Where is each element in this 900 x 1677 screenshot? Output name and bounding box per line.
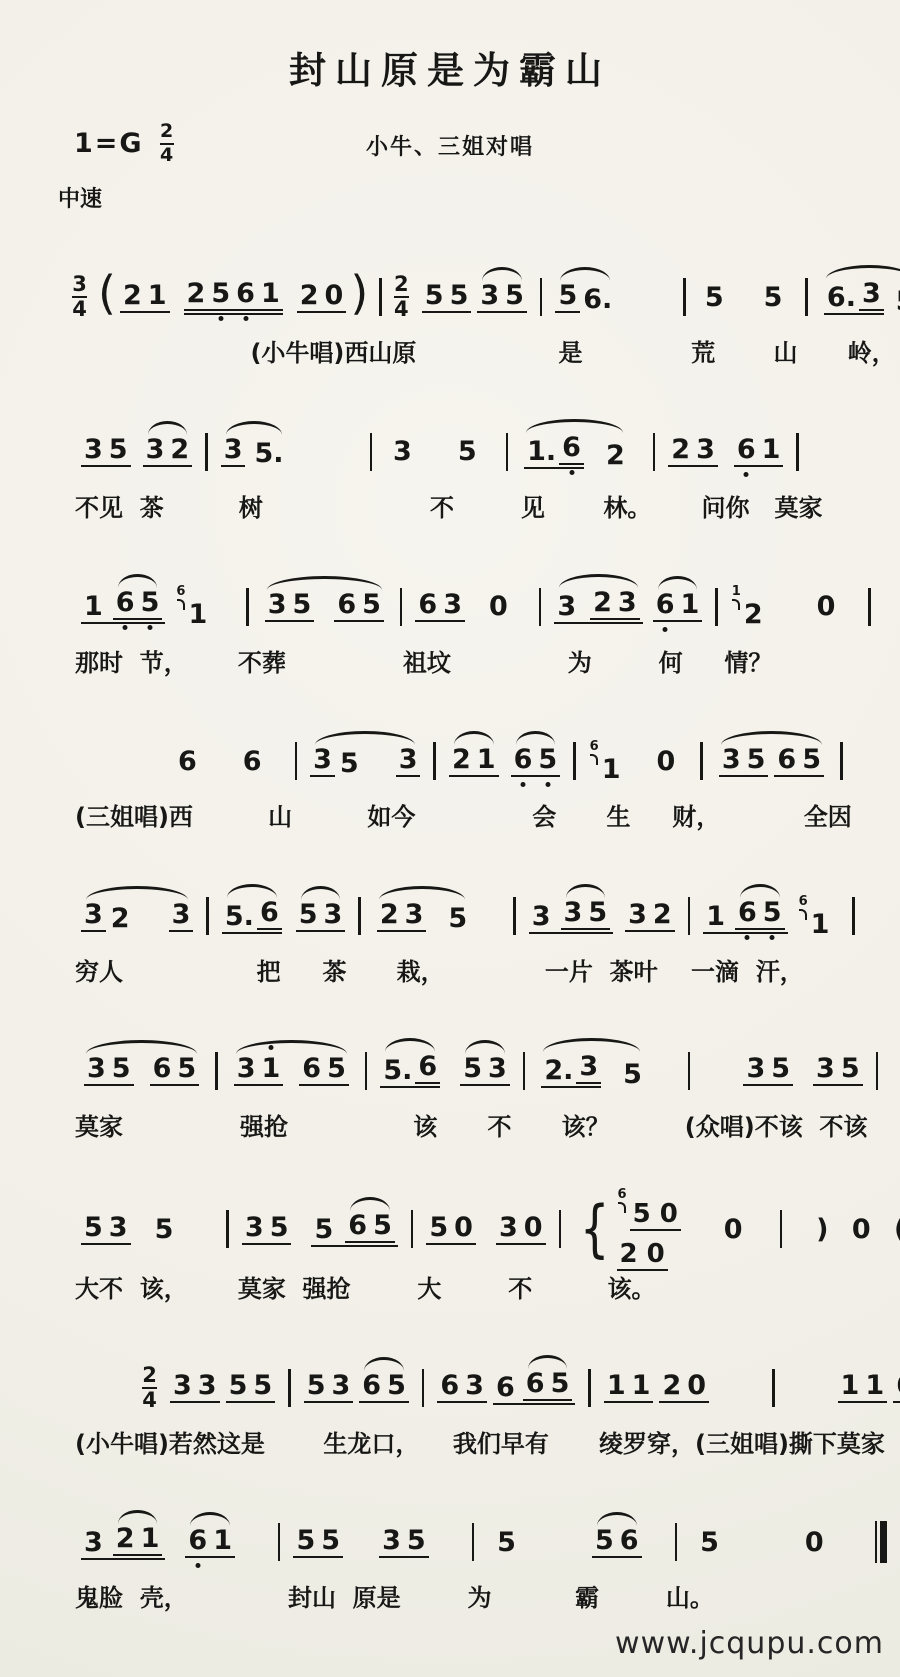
note-digit: 1: [706, 903, 725, 930]
note-group: 65: [523, 1370, 573, 1401]
grace-note: 6: [618, 1188, 627, 1213]
note-digit: 6: [738, 899, 757, 926]
note: 2: [590, 589, 615, 616]
note: 6.: [824, 284, 859, 311]
spacer: [712, 1387, 762, 1388]
note: 5: [592, 1527, 617, 1554]
barline: [852, 897, 855, 935]
note-digit: 5: [595, 1527, 614, 1554]
beam-group: 3165: [231, 1055, 352, 1086]
chord-voices: 65 02 0: [617, 1188, 681, 1271]
note: 3: [328, 1372, 353, 1399]
octave-dot-low: [147, 625, 152, 630]
note: 6: [175, 748, 200, 775]
note-group: 2.3: [541, 1053, 601, 1088]
note-digit: 1: [188, 601, 207, 628]
spacer: [646, 606, 650, 607]
beam-group: 33: [170, 1372, 220, 1403]
note-group: 61: [893, 1372, 900, 1403]
note-group: 165: [81, 589, 165, 624]
spacer: [106, 1555, 110, 1556]
score-body: 34(21256120)24553556.556.35 (小牛唱)西山原 是 荒…: [30, 259, 870, 1613]
note-digit: 1: [148, 282, 167, 309]
note-digit: 6: [188, 1527, 207, 1554]
note-digit: 2: [111, 905, 130, 932]
barline: [876, 1052, 879, 1090]
beam-group: 23: [590, 589, 640, 620]
octave-dot-low: [744, 472, 749, 477]
note: 2: [108, 905, 133, 932]
note: 2: [603, 442, 628, 469]
barline: [433, 742, 436, 780]
note-group: 35: [265, 591, 315, 622]
note: 3: [485, 1055, 510, 1082]
note: 5: [548, 1370, 573, 1397]
time-signature-header: 24: [160, 122, 174, 165]
beam-group: 61: [734, 436, 784, 467]
beam-group: 65: [511, 746, 561, 777]
note-digit: 5: [307, 1372, 326, 1399]
song-title: 封山原是为霸山: [30, 40, 870, 94]
note: 0: [486, 593, 511, 620]
note-digit: 5: [505, 282, 524, 309]
note-group: 1.62: [521, 434, 628, 469]
lyrics-line: 大不 该， 莫家 强抢 大 不 该。: [30, 1275, 860, 1304]
beam-group: 53: [81, 1214, 131, 1245]
note: 3: [576, 1053, 601, 1084]
note-group: 235: [374, 901, 470, 932]
note: 1: [703, 903, 728, 930]
note-digit: 6: [236, 280, 255, 307]
note: 5: [304, 1372, 329, 1399]
beam-group: 55: [226, 1372, 276, 1403]
beam-group: 3565: [81, 1055, 202, 1086]
note-digit: 6: [337, 591, 356, 618]
note-digit: 6: [178, 748, 197, 775]
note: 3: [321, 901, 346, 928]
note: 3: [440, 591, 465, 618]
note: 6: [299, 1055, 324, 1082]
beam-group: 665: [493, 1370, 575, 1405]
note-digit: 5: [112, 1055, 131, 1082]
note-digit: 5: [705, 284, 724, 311]
beam-group: 65: [345, 1212, 395, 1243]
note: 5: [494, 1529, 519, 1556]
beam-group: 65: [113, 589, 163, 620]
beam-group: 35: [84, 1055, 134, 1086]
spacer: [685, 1229, 721, 1230]
note: 2: [120, 282, 145, 309]
note: 3: [221, 436, 246, 467]
spacer: [336, 1242, 342, 1243]
note: 3: [625, 901, 650, 928]
note: 3: [310, 746, 335, 777]
spacer: [382, 451, 390, 452]
note: 2: [650, 901, 675, 928]
spacer: [616, 916, 622, 917]
note-group: 61: [734, 436, 784, 467]
note-group: 35: [561, 899, 611, 930]
beam-group: 2.35: [538, 1053, 645, 1088]
octave-dot-low: [123, 625, 128, 630]
note: 5: [359, 591, 384, 618]
note-digit: 6: [526, 1370, 545, 1397]
note: 61: [172, 585, 210, 628]
note-digit: 2: [593, 589, 612, 616]
barline: [840, 742, 843, 780]
note-digit: 1: [632, 1372, 651, 1399]
open-paren: (: [98, 273, 116, 314]
note: 5: [208, 280, 233, 307]
octave-dot-low: [569, 470, 574, 475]
spacer: [238, 1542, 268, 1543]
note: 2: [184, 280, 209, 307]
note: 1: [838, 1372, 863, 1399]
beam-group: 1.6: [524, 434, 584, 469]
note-group: 35: [813, 1055, 863, 1086]
note-group: 3165: [231, 1055, 352, 1086]
key-signature: 1=G 24: [74, 122, 174, 165]
beam-group: 3565: [716, 746, 827, 777]
note-group: 6.35: [821, 280, 900, 315]
lyrics-line: (小牛唱)西山原 是 荒 山 岭，: [30, 339, 860, 368]
note: 1: [629, 1372, 654, 1399]
note-digit: 3: [488, 1055, 507, 1082]
note: 1: [145, 282, 170, 309]
note-digit: 5: [448, 905, 467, 932]
lyrics-line: 那时 节， 不葬 祖坟 为 何 情？: [30, 649, 860, 678]
note: 1: [474, 746, 499, 773]
note-digit: 3: [816, 1055, 835, 1082]
note-digit: 5: [177, 1055, 196, 1082]
spacer: [134, 451, 140, 452]
note-digit: 3: [696, 436, 715, 463]
note-group: 321: [81, 1525, 165, 1560]
note-group: 55: [422, 282, 472, 313]
grace-note: 1: [732, 585, 741, 610]
note-group: 56: [592, 1527, 642, 1558]
music-line: 34(21256120)24553556.556.35: [30, 259, 860, 335]
note-digit: 3: [84, 1529, 103, 1556]
note-group: 5.6: [380, 1053, 440, 1088]
note-digit: 0: [325, 282, 344, 309]
ts-denominator: 4: [142, 1390, 157, 1411]
note-digit: 5: [429, 1214, 448, 1241]
barline: [215, 1052, 218, 1090]
note-group: 20: [659, 1372, 709, 1403]
note-digit: 6: [243, 748, 262, 775]
spacer: [631, 451, 643, 452]
note-group: 5.6: [222, 899, 282, 934]
note-digit: 5: [763, 899, 782, 926]
note: 3: [859, 280, 884, 311]
note: 3: [554, 593, 579, 620]
note-group: 11: [604, 1372, 654, 1403]
octave-dot-low: [195, 1563, 200, 1568]
beam-group: 321: [81, 1525, 165, 1560]
note-digit: 3: [313, 746, 332, 773]
beam-group: 35: [379, 1527, 429, 1558]
note-digit: 5: [296, 1527, 315, 1554]
spacer: [518, 1400, 520, 1401]
spacer: [700, 1070, 740, 1071]
note: 3: [390, 438, 415, 465]
note: 2: [449, 746, 474, 773]
grace-hook-icon: [732, 599, 740, 610]
beam-group: 6.3: [824, 280, 884, 315]
beam-group: 32: [625, 901, 675, 932]
note: 5: [384, 1372, 409, 1399]
note-digit: 6: [496, 1374, 515, 1401]
note-digit: 5: [229, 1372, 248, 1399]
note-digit: 6: [260, 899, 279, 926]
note-digit: 3: [399, 746, 418, 773]
barline: [653, 433, 656, 471]
note-digit: 5: [155, 1216, 174, 1243]
note-digit: 1: [261, 280, 280, 307]
note-digit: 3: [324, 901, 343, 928]
note-digit: 3: [465, 1372, 484, 1399]
note-digit: 6: [656, 591, 675, 618]
note-digit: 5: [841, 1055, 860, 1082]
note: 0: [684, 1372, 709, 1399]
grace-note-digit: 6: [590, 740, 599, 753]
note-group: 53: [304, 1372, 354, 1403]
note-digit: 5: [373, 1212, 392, 1239]
barline: [559, 1210, 562, 1248]
spacer: [604, 1087, 620, 1088]
note-digit: 5: [109, 436, 128, 463]
spacer: [265, 761, 285, 762]
music-line: 3235.6532353353216561: [30, 878, 860, 954]
note: 0: [654, 748, 679, 775]
beam-group: 35: [477, 282, 527, 313]
note-digit: 0: [805, 1529, 824, 1556]
note: 0: [721, 1216, 746, 1243]
spacer: [468, 606, 486, 607]
note-digit: 5: [253, 1372, 272, 1399]
key-label: 1=G: [74, 128, 144, 159]
octave-dot-high: [268, 1045, 273, 1050]
note-digit: 6: [302, 1055, 321, 1082]
note-digit: 6: [737, 436, 756, 463]
note-digit: 0: [524, 1214, 543, 1241]
note-group: 35: [477, 282, 527, 313]
spacer: [479, 1229, 493, 1230]
note: 5: [109, 1055, 134, 1082]
note-digit: 1: [602, 756, 621, 783]
lyrics-line: (小牛唱)若然这是 生龙口， 我们早有 绫罗穿，(三姐唱)撕下莫家: [30, 1430, 860, 1459]
barline: [400, 588, 403, 626]
final-barline-thin: [875, 1521, 878, 1563]
note-digit: 3: [224, 436, 243, 463]
spacer: [554, 929, 558, 930]
note-digit: 0: [657, 748, 676, 775]
note: 2.: [541, 1057, 576, 1084]
spacer: [137, 1085, 147, 1086]
spacer: [687, 1542, 697, 1543]
note: 5: [422, 282, 447, 309]
beam-group: 235: [374, 901, 470, 932]
ts-denominator: 4: [394, 299, 409, 320]
note-digit: 5: [558, 282, 577, 309]
note-group: 32: [625, 901, 675, 932]
beam-group: 2561: [184, 280, 283, 315]
grace-note: 6: [590, 740, 599, 765]
note-group: 53: [81, 1214, 131, 1245]
ts-numerator: 2: [142, 1365, 157, 1386]
beam-group: 323: [81, 901, 193, 932]
note-digit: 5: [387, 1372, 406, 1399]
note-digit: 6: [896, 1372, 900, 1399]
note-digit: 2: [744, 601, 763, 628]
note-group: 65: [359, 1372, 409, 1403]
note: 5: [250, 1372, 275, 1399]
note-digit: 3: [722, 746, 741, 773]
chord-top-voice: 65 0: [617, 1188, 681, 1231]
note-digit: 5: [407, 1527, 426, 1554]
octave-dot-low: [520, 782, 525, 787]
beam-group: 30: [496, 1214, 546, 1245]
note-digit: 0: [489, 593, 508, 620]
note-digit: 0: [817, 593, 836, 620]
note-digit: 6: [348, 1212, 367, 1239]
note: 6: [334, 591, 359, 618]
beam-group: 35: [743, 1055, 793, 1086]
note: 3: [170, 1372, 195, 1399]
note-digit: 2: [123, 282, 142, 309]
note: 5: [744, 746, 769, 773]
note-digit: 5: [293, 591, 312, 618]
note: 6: [345, 1212, 370, 1239]
note: 3: [561, 899, 586, 926]
note: 6: [617, 1527, 642, 1554]
note: 5: [620, 1061, 645, 1088]
barline: [772, 1369, 775, 1407]
note: 6: [653, 591, 678, 618]
spacer: [728, 929, 732, 930]
barline: [675, 1523, 678, 1561]
note: 3: [719, 746, 744, 773]
spacer: [415, 451, 455, 452]
note-digit: 1: [141, 1525, 160, 1552]
barline: [246, 588, 249, 626]
note-digit: 6: [116, 589, 135, 616]
beam-group: 3565: [262, 591, 387, 622]
note-digit: 5: [802, 746, 821, 773]
music-line: 353235.351.622361: [30, 414, 860, 490]
spacer: [429, 931, 445, 932]
note-digit: 6: [562, 434, 581, 461]
beam-group: 56: [592, 1527, 642, 1558]
note-digit: 6.: [827, 284, 856, 311]
note-digit: 5: [84, 1214, 103, 1241]
note-digit: 5: [551, 1370, 570, 1397]
note-group: 55: [226, 1372, 276, 1403]
spacer: [133, 931, 169, 932]
note-digit: 3: [84, 436, 103, 463]
grace-note-digit: 1: [732, 585, 741, 598]
note: 5: [404, 1527, 429, 1554]
note-digit: 3: [268, 591, 287, 618]
note-digit: 3: [109, 1214, 128, 1241]
music-line: 356531655.6532.353535: [30, 1033, 860, 1109]
spacer: [317, 621, 331, 622]
note-group: 165: [703, 899, 787, 934]
beam-group: 20: [297, 282, 347, 313]
note: 5: [455, 438, 480, 465]
barline: [540, 278, 543, 316]
note: 3: [84, 1055, 109, 1082]
note-digit: 3: [146, 436, 165, 463]
note: 5: [318, 1527, 343, 1554]
beam-group: 35: [265, 591, 315, 622]
beam-group: 55: [293, 1527, 343, 1558]
spacer: [432, 1542, 462, 1543]
note: 2: [113, 1525, 138, 1552]
grace-note-digit: 6: [799, 895, 808, 908]
grace-hook-icon: [799, 909, 807, 920]
note: 1: [862, 1372, 887, 1399]
note-digit: 6: [362, 1372, 381, 1399]
note: 3: [743, 1055, 768, 1082]
note: 6: [359, 1372, 384, 1399]
note-group: 55: [293, 1527, 343, 1558]
note-group: 23: [377, 901, 427, 932]
note: 5: [697, 1529, 722, 1556]
meter-denominator: 4: [160, 146, 173, 165]
beam-group: 21: [113, 1525, 163, 1556]
note-digit: 2: [380, 901, 399, 928]
beam-group: 61: [653, 591, 703, 622]
note-digit: 6.: [583, 286, 612, 313]
note-group: 23: [590, 589, 640, 620]
music-line: 24335553656366511201161: [30, 1350, 860, 1426]
beam-group: 55: [422, 282, 472, 313]
note: 6: [493, 1374, 518, 1401]
beam-group: 53: [304, 1372, 354, 1403]
note-digit: 6: [514, 746, 533, 773]
time-signature: 34: [72, 274, 87, 320]
note: 3: [402, 901, 427, 928]
spacer: [294, 1229, 308, 1230]
note-group: 53: [460, 1055, 510, 1086]
note-digit: 2: [187, 280, 206, 307]
note-group: 63: [415, 591, 465, 622]
note: 5: [106, 436, 131, 463]
note-digit: 3: [84, 901, 103, 928]
note-group: 6.3: [824, 280, 884, 315]
beam-group: 323: [554, 589, 642, 624]
note-digit: 3: [331, 1372, 350, 1399]
note: 6: [233, 280, 258, 307]
note-digit: 3: [237, 1055, 256, 1082]
octave-dot-low: [663, 627, 668, 632]
note: 2: [167, 436, 192, 463]
note-group: 35: [379, 1527, 429, 1558]
note-group: 65: [334, 591, 384, 622]
note-digit: 5.: [225, 903, 254, 930]
barline: [796, 433, 799, 471]
note-group: 35: [84, 1055, 134, 1086]
note-group: 33: [170, 1372, 220, 1403]
beam-group: 35.: [221, 436, 287, 467]
note-digit: 2: [116, 1525, 135, 1552]
note: 5: [81, 1214, 106, 1241]
note: 1: [258, 280, 283, 307]
score-meta: 1=G 24 小牛、三姐对唱: [30, 120, 870, 176]
beam-group: 65: [150, 1055, 200, 1086]
